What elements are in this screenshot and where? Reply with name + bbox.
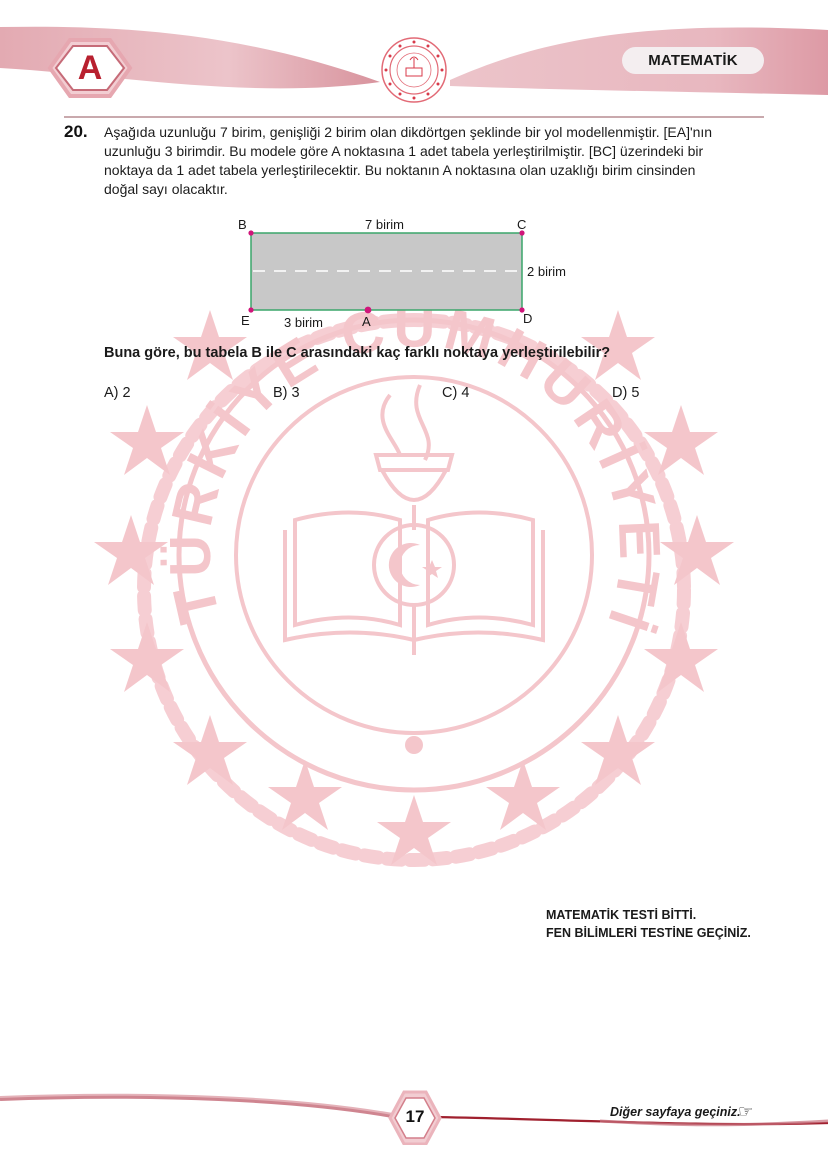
question-text-line: uzunluğu 3 birimdir. Bu modele göre A no…	[104, 142, 764, 161]
question-number: 20.	[64, 122, 88, 142]
pointing-hand-icon: ☞	[738, 1102, 753, 1122]
page-number: 17	[398, 1104, 432, 1130]
question-text-line: doğal sayı olacaktır.	[104, 180, 764, 199]
label-a: A	[362, 314, 371, 329]
end-note-line-2: FEN BİLİMLERİ TESTİNE GEÇİNİZ.	[546, 924, 751, 942]
next-page-note: Diğer sayfaya geçiniz.	[610, 1105, 741, 1119]
header-divider	[64, 116, 764, 118]
question-text-line: Aşağıda uzunluğu 7 birim, genişliği 2 bi…	[104, 123, 764, 142]
question-prompt: Buna göre, bu tabela B ile C arasındaki …	[104, 345, 610, 361]
option-c[interactable]: C) 4	[442, 385, 469, 401]
subject-title: MATEMATİK	[622, 47, 764, 74]
option-a[interactable]: A) 2	[104, 385, 131, 401]
point-e	[248, 307, 253, 312]
label-d: D	[523, 311, 532, 326]
question-text: Aşağıda uzunluğu 7 birim, genişliği 2 bi…	[104, 123, 764, 199]
length-label: 7 birim	[365, 217, 404, 232]
point-b	[248, 230, 253, 235]
booklet-letter: A	[58, 46, 122, 90]
point-a	[365, 307, 372, 314]
ea-length-label: 3 birim	[284, 315, 323, 330]
label-b: B	[238, 217, 247, 232]
width-label: 2 birim	[527, 264, 566, 279]
end-note-line-1: MATEMATİK TESTİ BİTTİ.	[546, 906, 751, 924]
road-rectangle-figure: B C D E A 7 birim 2 birim 3 birim	[225, 212, 585, 337]
label-e: E	[241, 313, 250, 328]
question-text-line: noktaya da 1 adet tabela yerleştirilecek…	[104, 161, 764, 180]
option-b[interactable]: B) 3	[273, 385, 300, 401]
label-c: C	[517, 217, 526, 232]
option-d[interactable]: D) 5	[612, 385, 639, 401]
end-of-test-note: MATEMATİK TESTİ BİTTİ. FEN BİLİMLERİ TES…	[546, 906, 751, 942]
ministry-seal-icon	[382, 38, 446, 102]
